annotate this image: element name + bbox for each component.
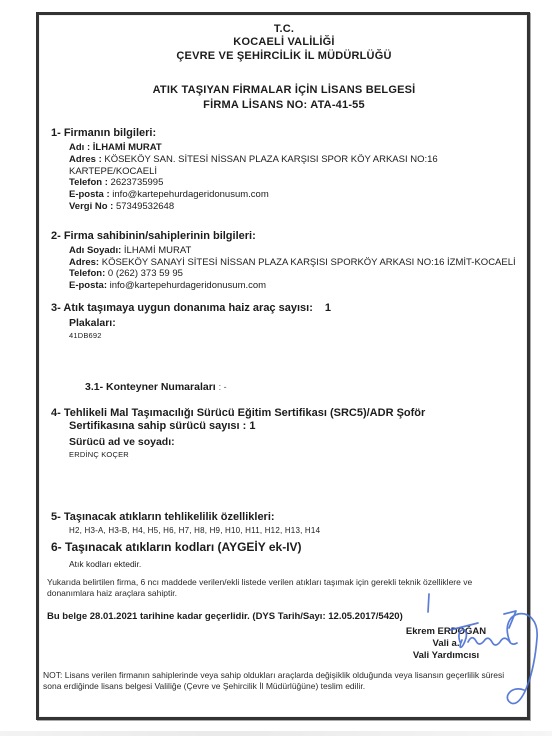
field-value: 2623735995 [111,177,164,188]
org-line-tc: T.C. [51,23,517,36]
field-owner-phone: Telefon: 0 (262) 373 59 95 [69,268,517,280]
field-value: info@kartepehurdageridonusum.com [112,189,268,200]
document-border: T.C. KOCAELİ VALİLİĞİ ÇEVRE VE ŞEHİRCİLİ… [36,12,530,720]
footer-note: NOT: Lisans verilen firmanın sahiplerind… [43,670,517,692]
field-phone: Telefon : 2623735995 [69,177,517,189]
document-title: ATIK TAŞIYAN FİRMALAR İÇİN LİSANS BELGES… [51,83,517,97]
org-line-governorship: KOCAELİ VALİLİĞİ [51,36,517,49]
section-2-heading: 2- Firma sahibinin/sahiplerinin bilgiler… [51,230,517,243]
section-2-fields: Adı Soyadı: İLHAMİ MURAT Adres: KÖSEKÖY … [69,245,517,292]
plates-label: Plakaları: [69,317,517,329]
signature-block: Ekrem ERDOĞAN Vali a. Vali Yardımcısı [361,626,531,663]
field-value: İLHAMİ MURAT [93,142,162,153]
scan-artifact [0,731,552,736]
validity-line: Bu belge 28.01.2021 tarihine kadar geçer… [47,611,517,622]
section-1-fields: Adı : İLHAMİ MURAT Adres : KÖSEKÖY SAN. … [69,142,517,213]
section-3-heading-text: 3- Atık taşımaya uygun donanıma haiz ara… [51,302,313,314]
org-line-directorate: ÇEVRE VE ŞEHİRCİLİK İL MÜDÜRLÜĞÜ [51,50,517,63]
field-value: 57349532648 [116,201,174,212]
container-numbers-value: : - [219,382,227,392]
field-name: Adı : İLHAMİ MURAT [69,142,517,154]
section-3-1-heading: 3.1- Konteyner Numaraları : - [85,381,517,394]
license-number: FİRMA LİSANS NO: ATA-41-55 [51,98,517,112]
driver-name: ERDİNÇ KOÇER [69,450,517,459]
signer-title-2: Vali Yardımcısı [361,650,531,662]
field-label: E-posta: [69,280,107,291]
section-3-heading: 3- Atık taşımaya uygun donanıma haiz ara… [51,302,517,315]
compliance-statement: Yukarıda belirtilen firma, 6 ncı maddede… [47,577,517,599]
field-label: Telefon: [69,268,105,279]
field-address: Adres : KÖSEKÖY SAN. SİTESİ NİSSAN PLAZA… [69,154,517,178]
section-5-heading: 5- Taşınacak atıkların tehlikelilik özel… [51,511,517,524]
field-value: İLHAMİ MURAT [124,245,191,256]
driver-label: Sürücü ad ve soyadı: [69,436,517,448]
scanned-page: T.C. KOCAELİ VALİLİĞİ ÇEVRE VE ŞEHİRCİLİ… [0,0,552,736]
field-owner-address: Adres: KÖSEKÖY SANAYİ SİTESİ NİSSAN PLAZ… [69,257,517,269]
section-4-heading-line2: Sertifikasına sahip sürücü sayısı : 1 [69,420,517,433]
field-value: info@kartepehurdageridonusum.com [110,280,266,291]
hazard-codes: H2, H3-A, H3-B, H4, H5, H6, H7, H8, H9, … [69,526,517,535]
field-taxno: Vergi No : 57349532648 [69,201,517,213]
signer-title-1: Vali a. [361,638,531,650]
attachment-note: Atık kodları ektedir. [69,559,517,569]
field-label: Adı Soyadı: [69,245,121,256]
field-label: Adres: [69,257,99,268]
vehicle-count: 1 [325,302,331,314]
field-owner-name: Adı Soyadı: İLHAMİ MURAT [69,245,517,257]
section-4-heading-line1: 4- Tehlikeli Mal Taşımacılığı Sürücü Eği… [51,407,517,420]
field-value: KÖSEKÖY SAN. SİTESİ NİSSAN PLAZA KARŞISI… [69,154,438,177]
field-label: E-posta : [69,189,110,200]
title-block: ATIK TAŞIYAN FİRMALAR İÇİN LİSANS BELGES… [51,83,517,112]
plate-number: 41DB692 [69,331,517,340]
signer-name: Ekrem ERDOĞAN [361,626,531,638]
field-value: 0 (262) 373 59 95 [108,268,183,279]
field-label: Vergi No : [69,201,113,212]
field-label: Adres : [69,154,102,165]
field-owner-email: E-posta: info@kartepehurdageridonusum.co… [69,280,517,292]
section-6-heading: 6- Taşınacak atıkların kodları (AYGEİY e… [51,540,517,554]
document-content: T.C. KOCAELİ VALİLİĞİ ÇEVRE VE ŞEHİRCİLİ… [39,15,527,691]
field-label: Telefon : [69,177,108,188]
section-1-heading: 1- Firmanın bilgileri: [51,127,517,140]
field-label: Adı : [69,142,90,153]
field-value: KÖSEKÖY SANAYİ SİTESİ NİSSAN PLAZA KARŞI… [102,257,516,268]
header-org: T.C. KOCAELİ VALİLİĞİ ÇEVRE VE ŞEHİRCİLİ… [51,23,517,63]
section-4-heading: 4- Tehlikeli Mal Taşımacılığı Sürücü Eği… [51,407,517,433]
section-3-1-heading-text: 3.1- Konteyner Numaraları [85,381,216,393]
field-email: E-posta : info@kartepehurdageridonusum.c… [69,189,517,201]
